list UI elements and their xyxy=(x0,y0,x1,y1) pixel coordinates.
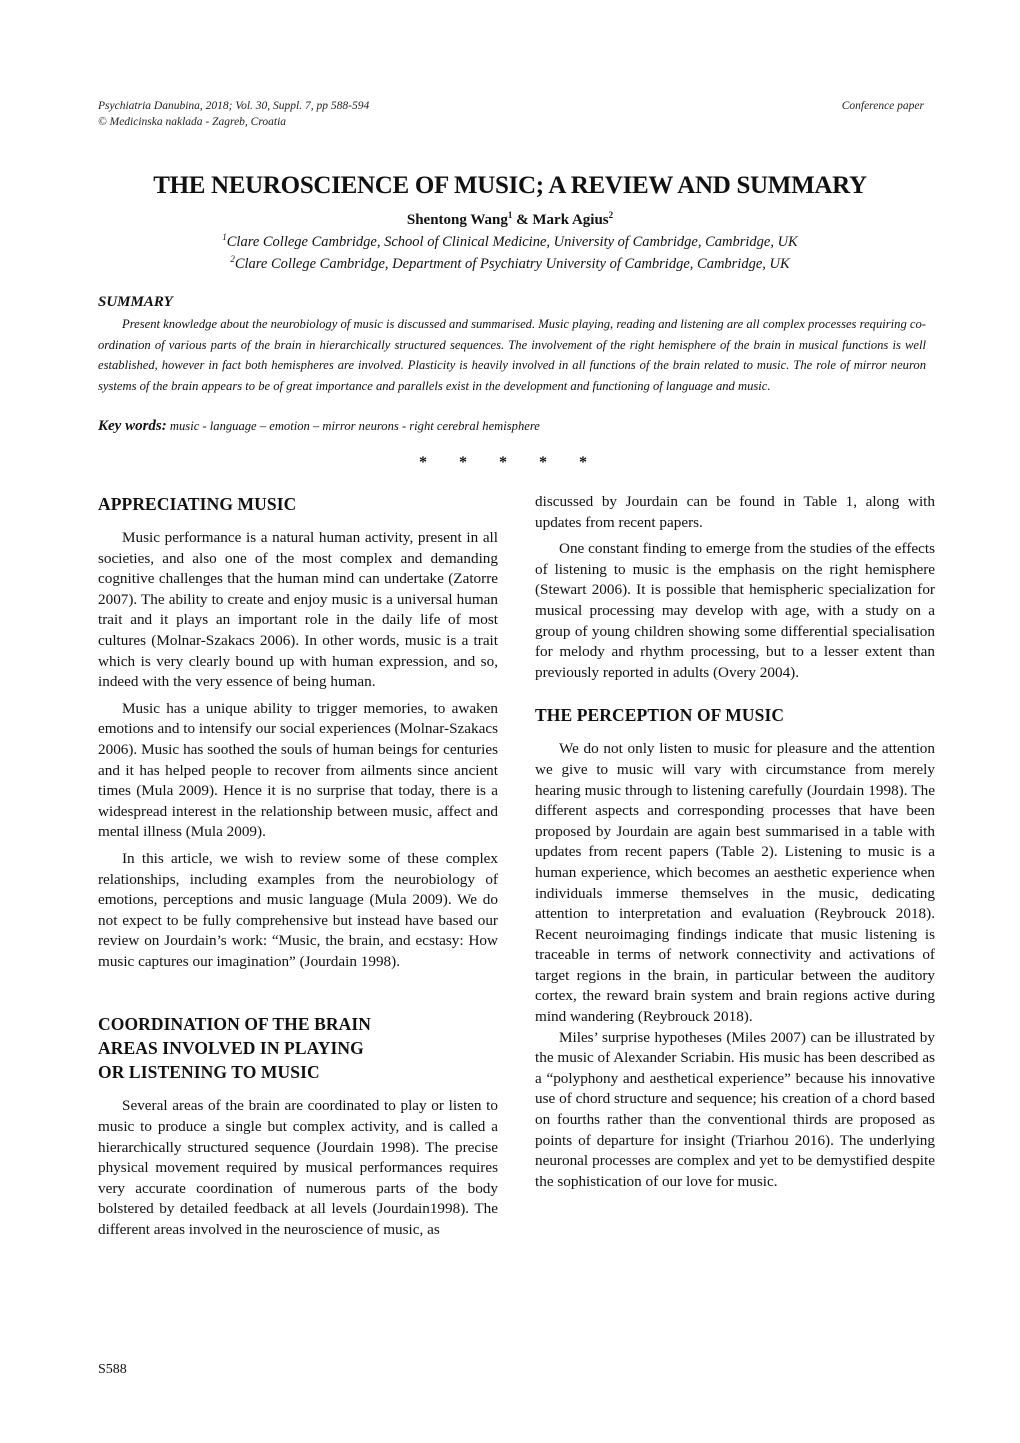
paragraph: Music performance is a natural human act… xyxy=(98,528,498,693)
author-name: Mark Agius xyxy=(532,212,608,228)
heading-line: COORDINATION OF THE BRAIN xyxy=(98,1012,498,1036)
paragraph: Several areas of the brain are coordinat… xyxy=(98,1096,498,1240)
paper-title: THE NEUROSCIENCE OF MUSIC; A REVIEW AND … xyxy=(0,172,1020,200)
author-list: Shentong Wang1 & Mark Agius2 xyxy=(0,210,1020,229)
left-column: APPRECIATING MUSIC Music performance is … xyxy=(98,492,498,1241)
keywords-list: music - language – emotion – mirror neur… xyxy=(170,419,540,433)
paper-type-label: Conference paper xyxy=(842,98,924,114)
paragraph-continuation: discussed by Jourdain can be found in Ta… xyxy=(535,492,935,533)
section-heading-perception-of-music: THE PERCEPTION OF MUSIC xyxy=(535,703,935,727)
affiliation-2: 2Clare College Cambridge, Department of … xyxy=(0,254,1020,273)
paragraph: In this article, we wish to review some … xyxy=(98,849,498,973)
section-heading-coordination: COORDINATION OF THE BRAIN AREAS INVOLVED… xyxy=(98,1012,498,1084)
keywords-label: Key words: xyxy=(98,418,167,434)
heading-line: AREAS INVOLVED IN PLAYING xyxy=(98,1036,498,1060)
affiliation-text: Clare College Cambridge, Department of P… xyxy=(235,256,790,272)
affiliation-text: Clare College Cambridge, School of Clini… xyxy=(227,234,798,250)
affiliation-1: 1Clare College Cambridge, School of Clin… xyxy=(0,232,1020,251)
paragraph: One constant finding to emerge from the … xyxy=(535,539,935,683)
author-separator: & xyxy=(512,212,532,228)
summary-heading: SUMMARY xyxy=(98,294,173,311)
page-number: S588 xyxy=(98,1362,127,1378)
paragraph: We do not only listen to music for pleas… xyxy=(535,739,935,1027)
keywords: Key words: music - language – emotion – … xyxy=(98,418,540,435)
running-header-left: Psychiatria Danubina, 2018; Vol. 30, Sup… xyxy=(98,98,369,130)
paragraph: Miles’ surprise hypotheses (Miles 2007) … xyxy=(535,1028,935,1193)
publisher-line: © Medicinska naklada - Zagreb, Croatia xyxy=(98,114,369,130)
summary-text: Present knowledge about the neurobiology… xyxy=(98,314,926,396)
section-heading-appreciating-music: APPRECIATING MUSIC xyxy=(98,492,498,516)
right-column: discussed by Jourdain can be found in Ta… xyxy=(535,492,935,1192)
journal-citation: Psychiatria Danubina, 2018; Vol. 30, Sup… xyxy=(98,98,369,114)
author-affiliation-mark: 2 xyxy=(609,210,614,220)
author-name: Shentong Wang xyxy=(407,212,508,228)
paragraph: Music has a unique ability to trigger me… xyxy=(98,699,498,843)
section-separator: * * * * * xyxy=(0,454,1020,472)
heading-line: OR LISTENING TO MUSIC xyxy=(98,1060,498,1084)
